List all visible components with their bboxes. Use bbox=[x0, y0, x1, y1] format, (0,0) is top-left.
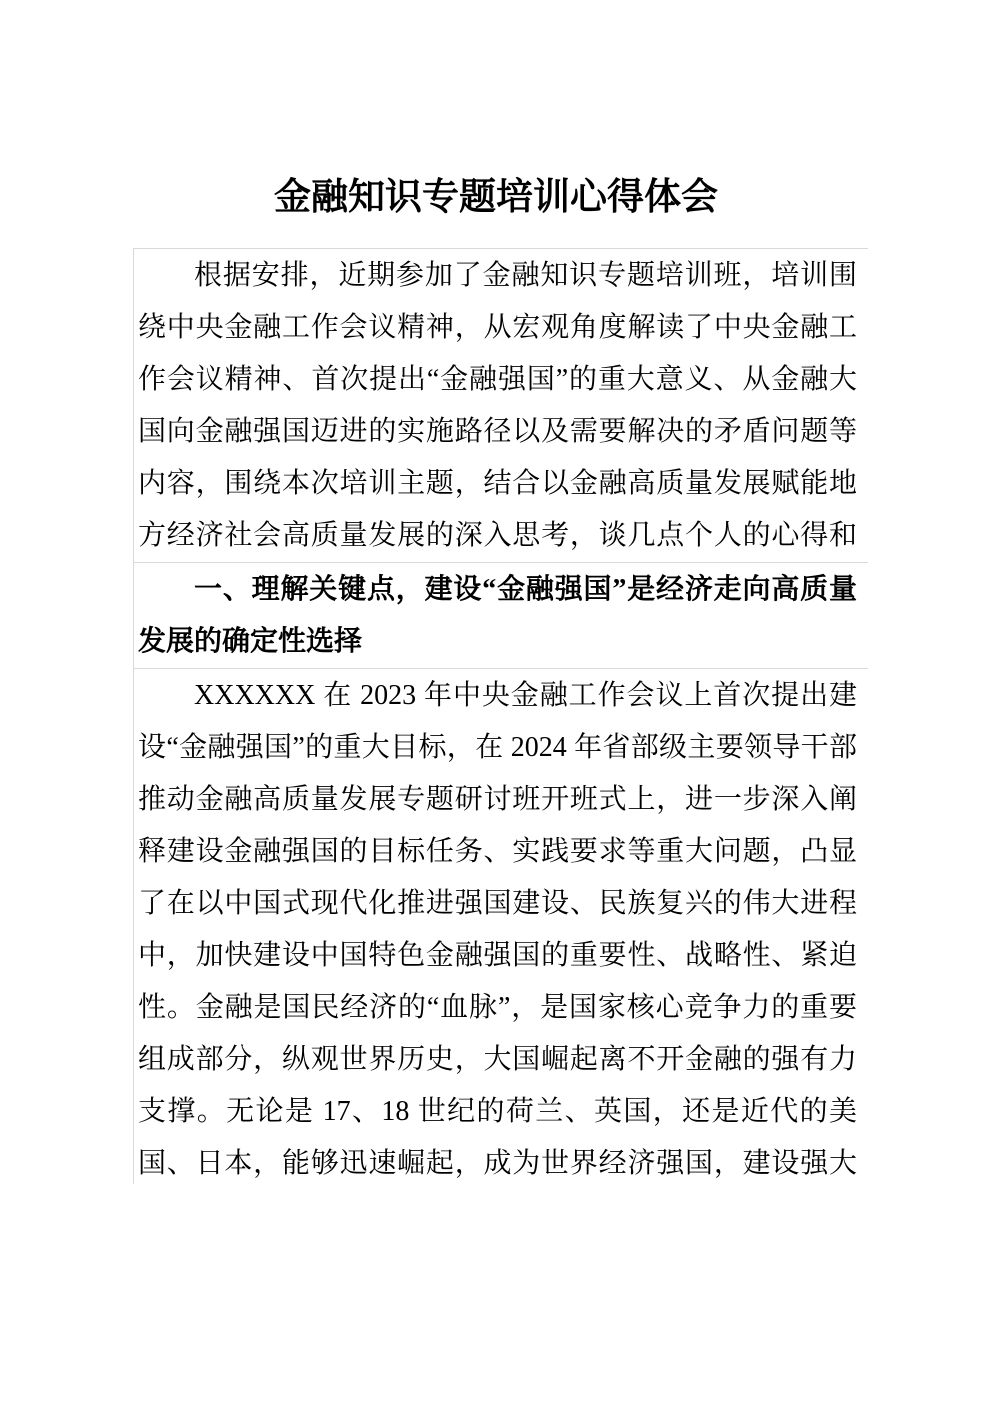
section-paragraph: XXXXXX 在 2023 年中央金融工作会议上首次提出建设“金融强国”的重大目… bbox=[134, 669, 868, 1184]
document-body: 根据安排，近期参加了金融知识专题培训班，培训围绕中央金融工作会议精神，从宏观角度… bbox=[133, 248, 868, 1184]
document-page: 金融知识专题培训心得体会 根据安排，近期参加了金融知识专题培训班，培训围绕中央金… bbox=[0, 0, 992, 1403]
intro-paragraph: 根据安排，近期参加了金融知识专题培训班，培训围绕中央金融工作会议精神，从宏观角度… bbox=[134, 249, 868, 563]
document-title: 金融知识专题培训心得体会 bbox=[0, 172, 992, 224]
section-heading: 一、理解关键点，建设“金融强国”是经济走向高质量发展的确定性选择 bbox=[134, 563, 868, 669]
